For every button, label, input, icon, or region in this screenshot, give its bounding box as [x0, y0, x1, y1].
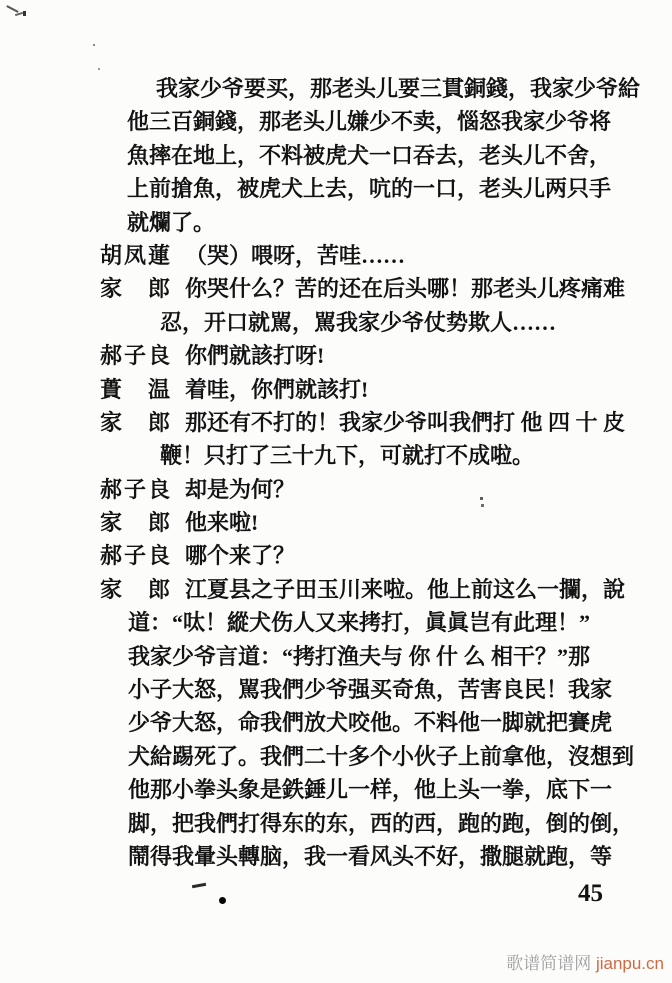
speaker-name: 家 郎: [100, 573, 172, 606]
dialogue-entry: 胡凤蓮（哭）喂呀，苦哇……: [0, 239, 672, 272]
watermark-site-url: jianpu.cn: [596, 954, 664, 973]
script-line: 小子大怒，駡我們少爷强买奇魚，苦害良民！我家: [0, 673, 672, 706]
dialogue-entry: 郝子良却是为何？: [0, 473, 672, 506]
script-line: 魚摔在地上，不料被虎犬一口吞去，老头儿不舍，: [0, 139, 672, 172]
speaker-name: 郝子良: [100, 473, 172, 506]
dialogue-entry: 家 郎那还有不打的！我家少爷叫我們打 他 四 十 皮鞭！只打了三十九下，可就打不…: [0, 406, 672, 473]
scan-artifact: [23, 11, 26, 16]
speaker-name: 胡凤蓮: [100, 239, 172, 272]
watermark: 歌谱简谱网 jianpu.cn: [506, 949, 664, 974]
script-line: 脚，把我們打得东的东，西的西，跑的跑，倒的倒，: [0, 807, 672, 840]
script-line: 犬給踢死了。我們二十多个小伙子上前拿他，沒想到: [0, 740, 672, 773]
dialogue-entry: 家 郎他来啦!: [0, 506, 672, 539]
script-line: 道：“呔！縱犬伤人又来拷打，眞眞岂有此理！”: [0, 606, 672, 639]
dialogue-entry: 家 郎江夏县之子田玉川来啦。他上前这么一攔，說道：“呔！縱犬伤人又来拷打，眞眞岂…: [0, 573, 672, 874]
watermark-site-name: 歌谱简谱网: [506, 954, 596, 973]
scan-speck: [98, 68, 100, 70]
speaker-name: 郝子良: [100, 339, 172, 372]
speaker-name: 家 郎: [100, 272, 172, 305]
dialogue-entry: 家 郎你哭什么？苦的还在后头哪！那老头儿疼痛难忍，开口就駡，駡我家少爷仗势欺人……: [0, 272, 672, 339]
script-line: 我家少爷要买，那老头儿要三貫銅錢，我家少爷給: [0, 72, 672, 105]
script-line: 上前搶魚，被虎犬上去，吭的一口，老头儿两只手: [0, 172, 672, 205]
script-line: 鬧得我暈头轉脑，我一看风头不好，撒腿就跑，等: [0, 840, 672, 873]
dialogue-entry: 郝子良哪个来了？: [0, 539, 672, 572]
dialogue-entry: 郝子良你們就該打呀!: [0, 339, 672, 372]
script-line: 鞭！只打了三十九下，可就打不成啦。: [0, 439, 672, 472]
footer-dot: [219, 897, 226, 904]
scan-artifact: [192, 883, 206, 888]
page-number: 45: [578, 880, 603, 908]
script-line: 忍，开口就駡，駡我家少爷仗势欺人……: [0, 306, 672, 339]
continuation-paragraph: 我家少爷要买，那老头儿要三貫銅錢，我家少爷給他三百銅錢，那老头儿嫌少不卖，惱怒我…: [0, 72, 672, 239]
speaker-name: 家 郎: [100, 506, 172, 539]
script-line: 我家少爷言道：“拷打渔夫与 你 什 么 相干？”那: [0, 640, 672, 673]
speaker-name: 家 郎: [100, 406, 172, 439]
scan-speck: [93, 44, 95, 46]
speaker-name: 郝子良: [100, 539, 172, 572]
script-line: 他那小拳头象是鉄錘儿一样，他上头一拳，底下一: [0, 773, 672, 806]
script-line: 他三百銅錢，那老头儿嫌少不卖，惱怒我家少爷将: [0, 105, 672, 138]
dialogue-entries: 胡凤蓮（哭）喂呀，苦哇……家 郎你哭什么？苦的还在后头哪！那老头儿疼痛难忍，开口…: [0, 239, 672, 873]
scan-artifact: [6, 5, 18, 13]
dialogue-entry: 蕢 温着哇，你們就該打!: [0, 373, 672, 406]
speaker-name: 蕢 温: [100, 373, 172, 406]
scanned-script-page: 我家少爷要买，那老头儿要三貫銅錢，我家少爷給他三百銅錢，那老头儿嫌少不卖，惱怒我…: [0, 0, 672, 983]
script-line: 就爛了。: [0, 206, 672, 239]
text-block: 我家少爷要买，那老头儿要三貫銅錢，我家少爷給他三百銅錢，那老头儿嫌少不卖，惱怒我…: [0, 72, 672, 873]
script-line: 少爷大怒，命我們放犬咬他。不料他一脚就把賽虎: [0, 706, 672, 739]
